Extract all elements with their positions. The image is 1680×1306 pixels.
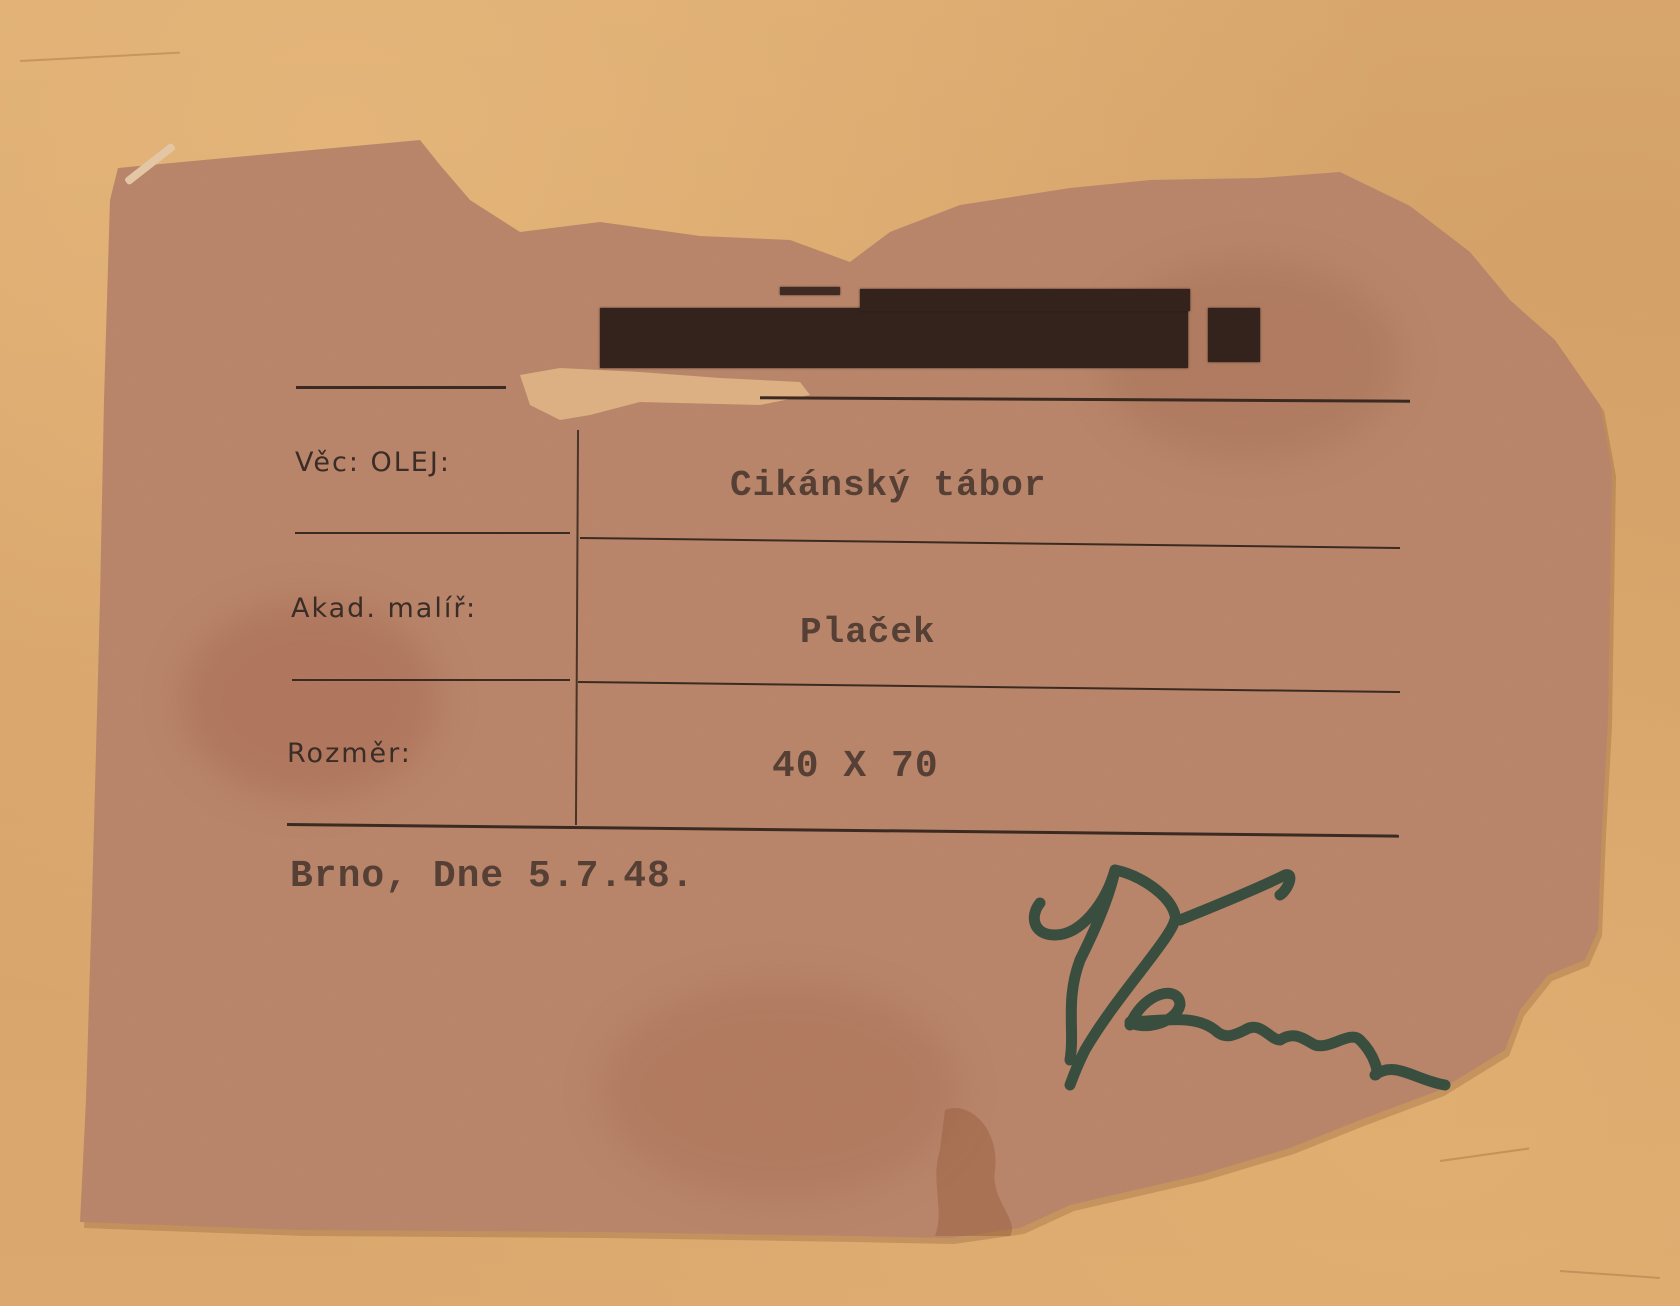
field-label-painter: Akad. malíř: xyxy=(291,593,477,624)
redaction-bar xyxy=(780,287,840,295)
stain xyxy=(180,600,440,800)
field-value-title: Cikánský tábor xyxy=(730,465,1046,506)
field-label-subject: Věc: OLEJ: xyxy=(295,447,451,478)
redaction-bar xyxy=(860,289,1190,311)
redaction-bar xyxy=(1208,308,1260,362)
stain xyxy=(600,980,960,1200)
redaction-bar xyxy=(600,308,1188,368)
field-value-size: 40 X 70 xyxy=(772,745,939,788)
place-date: Brno, Dne 5.7.48. xyxy=(290,855,695,898)
field-label-size: Rozměr: xyxy=(287,738,412,769)
row-rule xyxy=(292,679,570,681)
field-value-painter: Plaček xyxy=(800,612,936,653)
row-rule xyxy=(295,532,570,534)
top-rule xyxy=(296,386,506,389)
